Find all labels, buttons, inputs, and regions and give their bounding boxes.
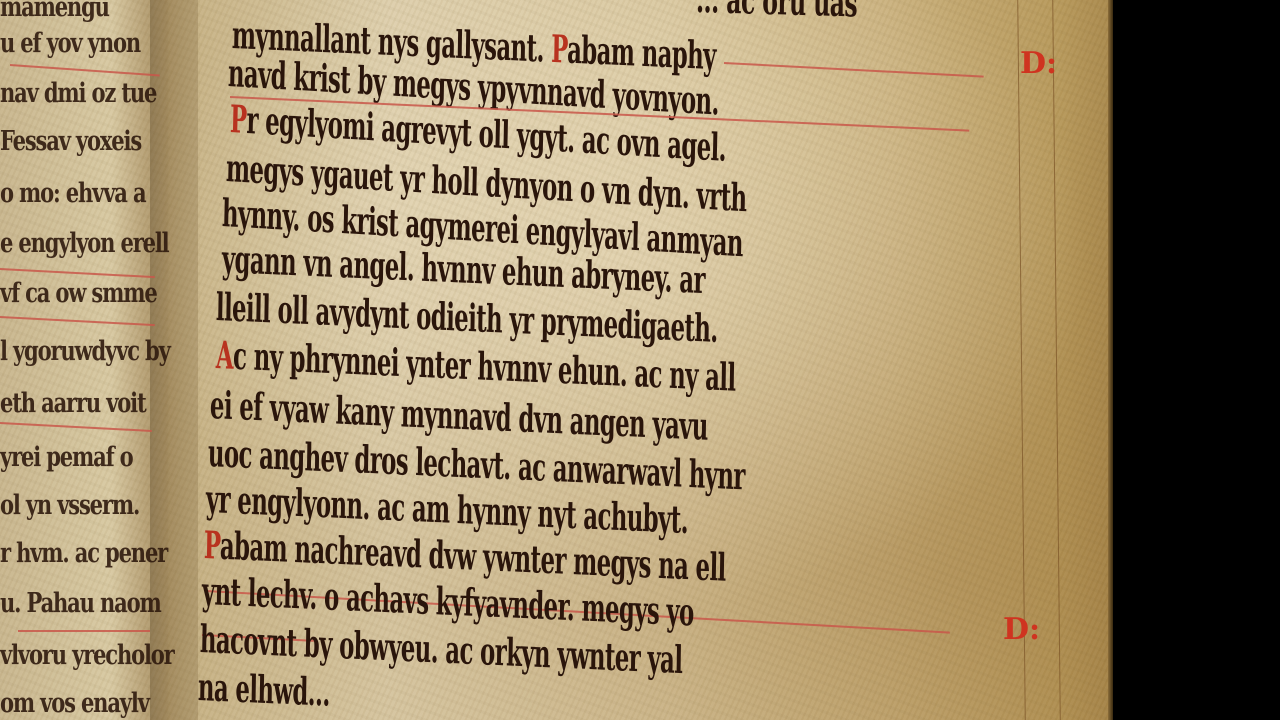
left-line: vf ca ow smme — [0, 278, 157, 309]
red-ruling — [0, 422, 152, 432]
manuscript-spread: mamengu u ef yov ynon nav dmi oz tue Fes… — [0, 0, 1113, 720]
marginal-rubric-mark: D: — [1020, 46, 1057, 81]
rubricated-initial: A — [216, 332, 234, 378]
marginal-rubric-mark: D: — [1003, 612, 1040, 647]
left-line: yrei pemaf o — [0, 442, 133, 473]
manuscript-photo: mamengu u ef yov ynon nav dmi oz tue Fes… — [0, 0, 1280, 720]
left-line: ol yn vsserm. — [0, 490, 139, 521]
left-line: nav dmi oz tue — [0, 78, 156, 109]
left-page: mamengu u ef yov ynon nav dmi oz tue Fes… — [0, 0, 160, 720]
left-line: r hvm. ac pener — [0, 538, 167, 569]
red-ruling — [0, 268, 155, 278]
left-line: mamengu — [0, 0, 109, 23]
left-line: u ef yov ynon — [0, 28, 140, 59]
left-line: Fessav yoxeis — [0, 126, 141, 157]
left-line: o mo: ehvva a — [0, 178, 145, 209]
text-line: ... ac oru uas — [696, 0, 858, 26]
red-ruling — [0, 316, 155, 326]
left-line: vlvoru yrecholor — [0, 640, 174, 671]
main-page: ... ac oru uas mynnallant nys gallysant.… — [196, 0, 996, 720]
red-ruling — [10, 64, 160, 76]
red-ruling — [724, 62, 984, 78]
page-edge — [1108, 0, 1113, 720]
left-line: om vos enaylv — [0, 688, 149, 719]
rubricated-initial: P — [551, 26, 568, 72]
text-line: na elhwd... — [198, 664, 330, 715]
red-ruling — [18, 630, 150, 632]
left-line: e engylyon erell — [0, 228, 169, 259]
rubricated-initial: P — [204, 522, 221, 568]
left-line: l ygoruwdyvc by — [0, 336, 170, 367]
left-line: u. Pahau naom — [0, 588, 161, 619]
left-line: eth aarru voit — [0, 388, 146, 419]
rubricated-initial: P — [230, 96, 247, 142]
margin-ruling-line — [1052, 0, 1061, 720]
